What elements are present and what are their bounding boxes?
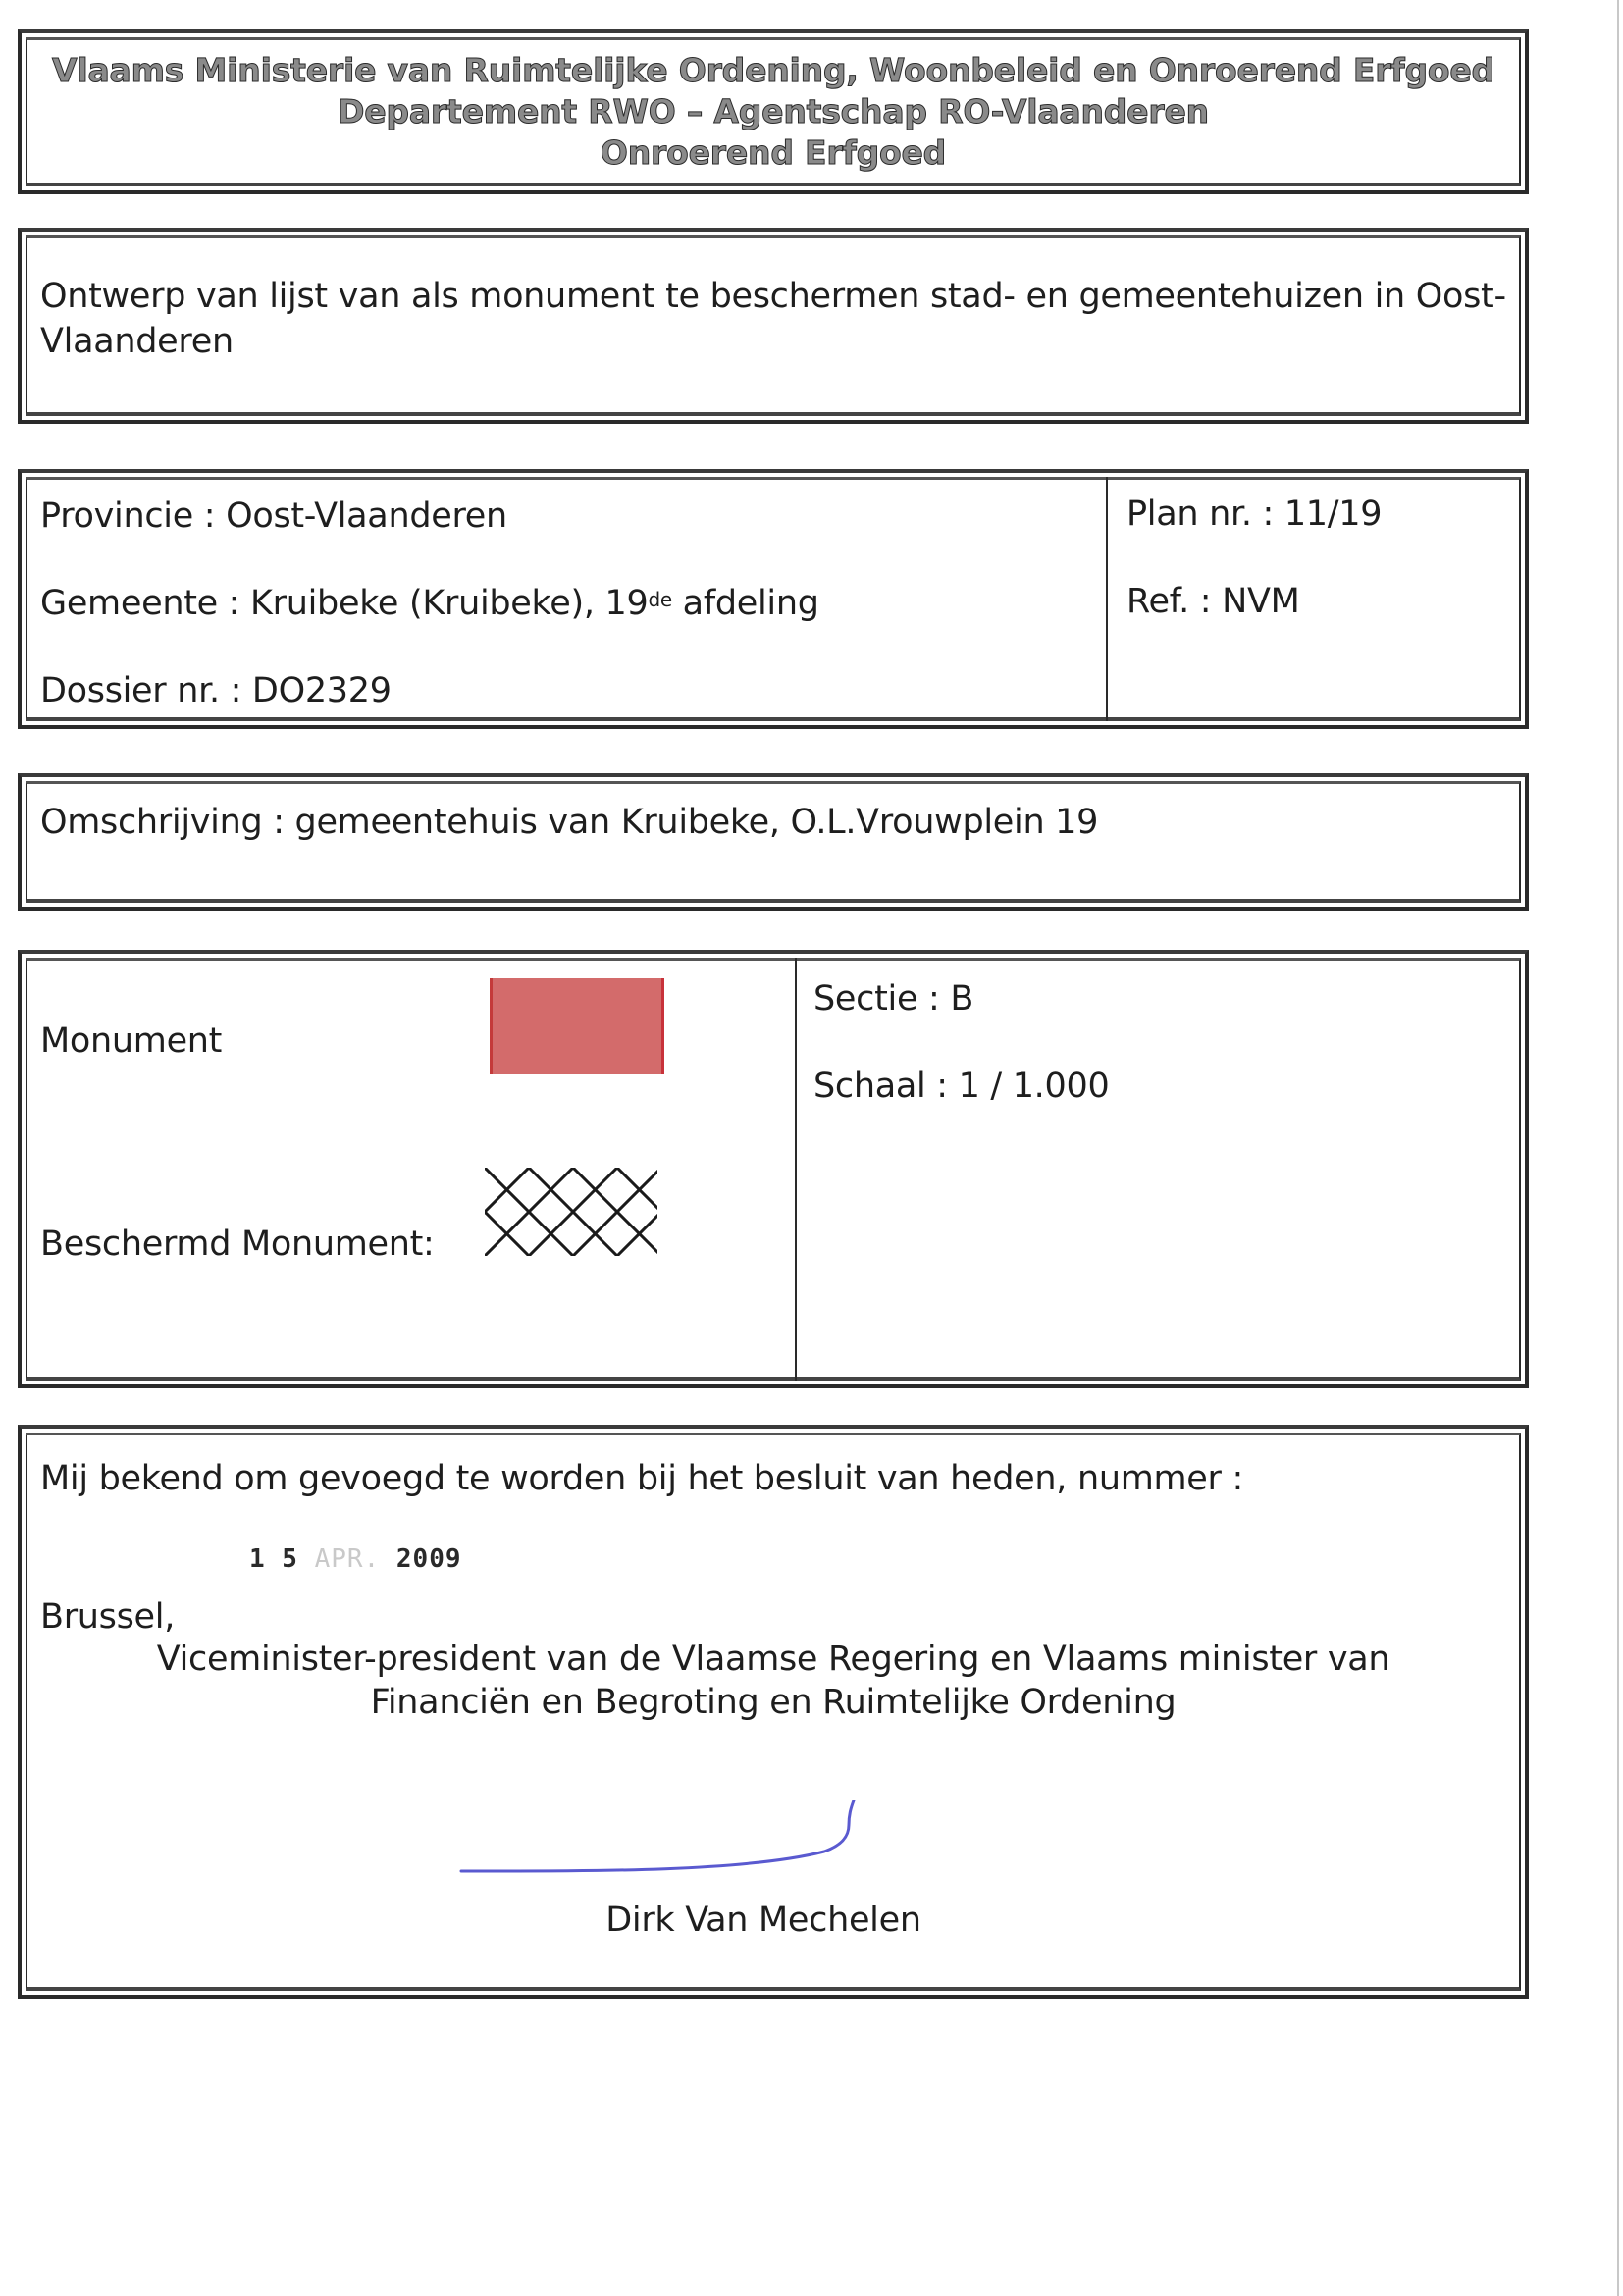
gemeente-suffix: afdeling [672, 584, 819, 623]
title-line-1: Ontwerp van lijst van als monument te be… [40, 277, 1506, 316]
department-name: Departement RWO – Agentschap RO-Vlaander… [22, 92, 1525, 131]
ministry-name: Vlaams Ministerie van Ruimtelijke Ordeni… [22, 51, 1525, 90]
protected-monument-label: Beschermd Monument: [40, 1225, 435, 1264]
gemeente-field: Gemeente : Kruibeke (Kruibeke), 19de afd… [40, 584, 819, 623]
stamp-year: 2009 [396, 1544, 462, 1574]
stamp-day: 1 5 [249, 1544, 298, 1574]
dossier-field: Dossier nr. : DO2329 [40, 671, 392, 710]
reference-field: Ref. : NVM [1126, 582, 1300, 621]
schaal-field: Schaal : 1 / 1.000 [813, 1067, 1109, 1106]
header-box: Vlaams Ministerie van Ruimtelijke Ordeni… [18, 29, 1529, 194]
plan-number-field: Plan nr. : 11/19 [1126, 495, 1382, 534]
monument-color-swatch [490, 978, 664, 1074]
signature-stroke [446, 1800, 878, 1889]
approval-box: Mij bekend om gevoegd te worden bij het … [18, 1425, 1529, 1999]
provincie-field: Provincie : Oost-Vlaanderen [40, 496, 507, 536]
place-label: Brussel, [40, 1597, 175, 1637]
crosshatch-icon [485, 1168, 657, 1256]
details-box: Provincie : Oost-Vlaanderen Gemeente : K… [18, 469, 1529, 729]
page-edge [1617, 0, 1619, 2296]
role-line-2: Financiën en Begroting en Ruimtelijke Or… [22, 1683, 1525, 1722]
signatory-name: Dirk Van Mechelen [2, 1901, 1525, 1940]
legend-divider [795, 958, 797, 1381]
date-stamp: 1 5 APR. 2009 [249, 1544, 462, 1574]
title-box: Ontwerp van lijst van als monument te be… [18, 228, 1529, 424]
gemeente-superscript: de [648, 588, 671, 611]
description-box: Omschrijving : gemeentehuis van Kruibeke… [18, 773, 1529, 911]
description-text: Omschrijving : gemeentehuis van Kruibeke… [40, 803, 1098, 842]
agency-name: Onroerend Erfgoed [22, 133, 1525, 173]
role-line-1: Viceminister-president van de Vlaamse Re… [22, 1640, 1525, 1679]
monument-label: Monument [40, 1021, 222, 1061]
details-divider [1106, 477, 1108, 721]
approval-statement: Mij bekend om gevoegd te worden bij het … [40, 1459, 1243, 1498]
legend-box: Monument Beschermd Monument: Sectie : B … [18, 950, 1529, 1388]
title-line-2: Vlaanderen [40, 322, 234, 361]
gemeente-prefix: Gemeente : Kruibeke (Kruibeke), 19 [40, 584, 648, 623]
sectie-field: Sectie : B [813, 979, 973, 1018]
stamp-month: APR. [315, 1544, 381, 1574]
